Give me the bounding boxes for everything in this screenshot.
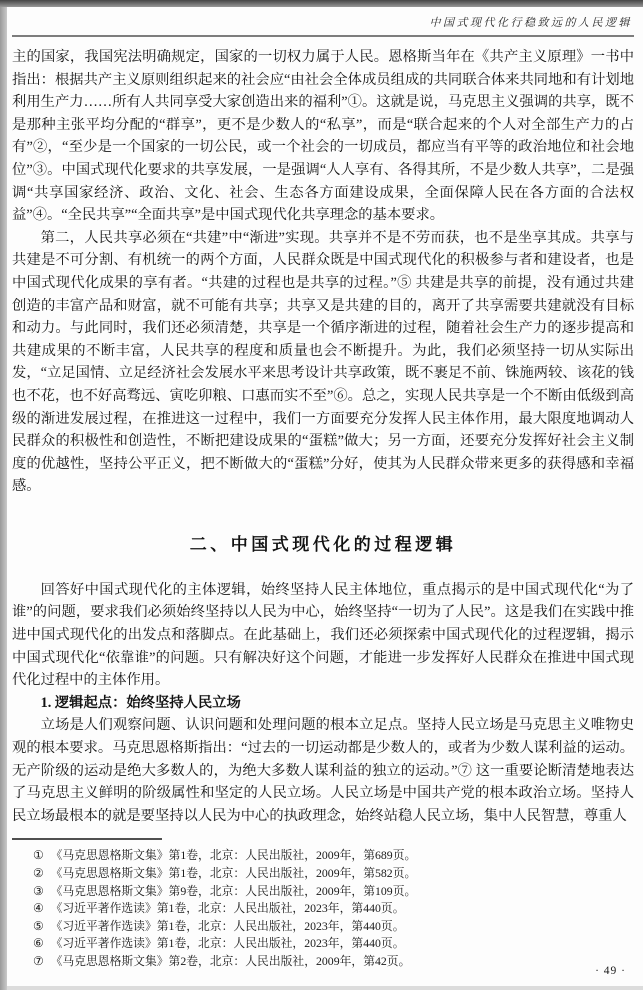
footnote-marker: ⑤ (33, 919, 44, 933)
footnote-item: ②《马克思恩格斯文集》第1卷，北京：人民出版社，2009年，第582页。 (12, 865, 634, 883)
footnote-divider (12, 838, 162, 840)
paragraph-process-logic: 回答好中国式现代化的主体逻辑，始终坚持人民主体地位，重点揭示的是中国式现代化“为… (12, 579, 634, 692)
footnote-item: ③《马克思恩格斯文集》第9卷，北京：人民出版社，2009年，第109页。 (12, 883, 634, 901)
journal-page: 中国式现代化行稳致远的人民逻辑 主的国家，我国宪法明确规定，国家的一切权力属于人… (0, 0, 643, 990)
footnote-list: ①《马克思恩格斯文集》第1卷，北京：人民出版社，2009年，第689页。 ②《马… (12, 847, 634, 970)
footnote-marker: ② (33, 866, 44, 880)
section-heading: 二、中国式现代化的过程逻辑 (12, 530, 634, 555)
footnote-text: 《马克思恩格斯文集》第1卷，北京：人民出版社，2009年，第689页。 (51, 848, 417, 862)
footnote-item: ⑤《习近平著作选读》第1卷，北京：人民出版社，2023年，第440页。 (12, 918, 634, 936)
page-edge-bottom (7, 986, 643, 990)
running-title: 中国式现代化行稳致远的人民逻辑 (430, 17, 633, 29)
footnote-text: 《习近平著作选读》第1卷，北京：人民出版社，2023年，第440页。 (51, 936, 405, 950)
running-header: 中国式现代化行稳致远的人民逻辑 (12, 7, 634, 35)
footnote-item: ①《马克思恩格斯文集》第1卷，北京：人民出版社，2009年，第689页。 (12, 847, 634, 865)
page-edge-left (0, 7, 7, 990)
paragraph-people-stance: 立场是人们观察问题、认识问题和处理问题的根本立足点。坚持人民立场是马克思主义唯物… (12, 714, 634, 827)
footnote-text: 《马克思恩格斯文集》第9卷，北京：人民出版社，2009年，第109页。 (51, 884, 417, 898)
footnote-marker: ④ (33, 901, 44, 915)
footnote-marker: ⑥ (33, 936, 44, 950)
subsection-heading: 1. 逻辑起点：始终坚持人民立场 (12, 692, 634, 715)
footnote-item: ④《习近平著作选读》第1卷，北京：人民出版社，2023年，第440页。 (12, 900, 634, 918)
footnote-text: 《习近平著作选读》第1卷，北京：人民出版社，2023年，第440页。 (51, 901, 405, 915)
paragraph-shared-development: 主的国家，我国宪法明确规定，国家的一切权力属于人民。恩格斯当年在《共产主义原理》… (12, 46, 634, 227)
footnote-text: 《习近平著作选读》第1卷，北京：人民出版社，2023年，第440页。 (51, 919, 405, 933)
footnote-text: 《马克思恩格斯文集》第1卷，北京：人民出版社，2009年，第582页。 (51, 866, 417, 880)
page-edge-top (0, 0, 643, 7)
footnote-item: ⑦《马克思恩格斯文集》第2卷，北京：人民出版社，2009年，第42页。 (12, 953, 634, 971)
footnote-marker: ⑦ (33, 954, 44, 968)
header-rule (12, 35, 634, 37)
footnote-marker: ① (33, 848, 44, 862)
page-number: · 49 · (595, 965, 626, 977)
footnote-text: 《马克思恩格斯文集》第2卷，北京：人民出版社，2009年，第42页。 (51, 954, 411, 968)
footnote-item: ⑥《习近平著作选读》第1卷，北京：人民出版社，2023年，第440页。 (12, 935, 634, 953)
paragraph-gradual-sharing: 第二，人民共享必须在“共建”中“渐进”实现。共享并不是不劳而获，也不是坐享其成。… (12, 227, 634, 498)
page-content: 中国式现代化行稳致远的人民逻辑 主的国家，我国宪法明确规定，国家的一切权力属于人… (12, 7, 634, 971)
footnote-marker: ③ (33, 884, 44, 898)
